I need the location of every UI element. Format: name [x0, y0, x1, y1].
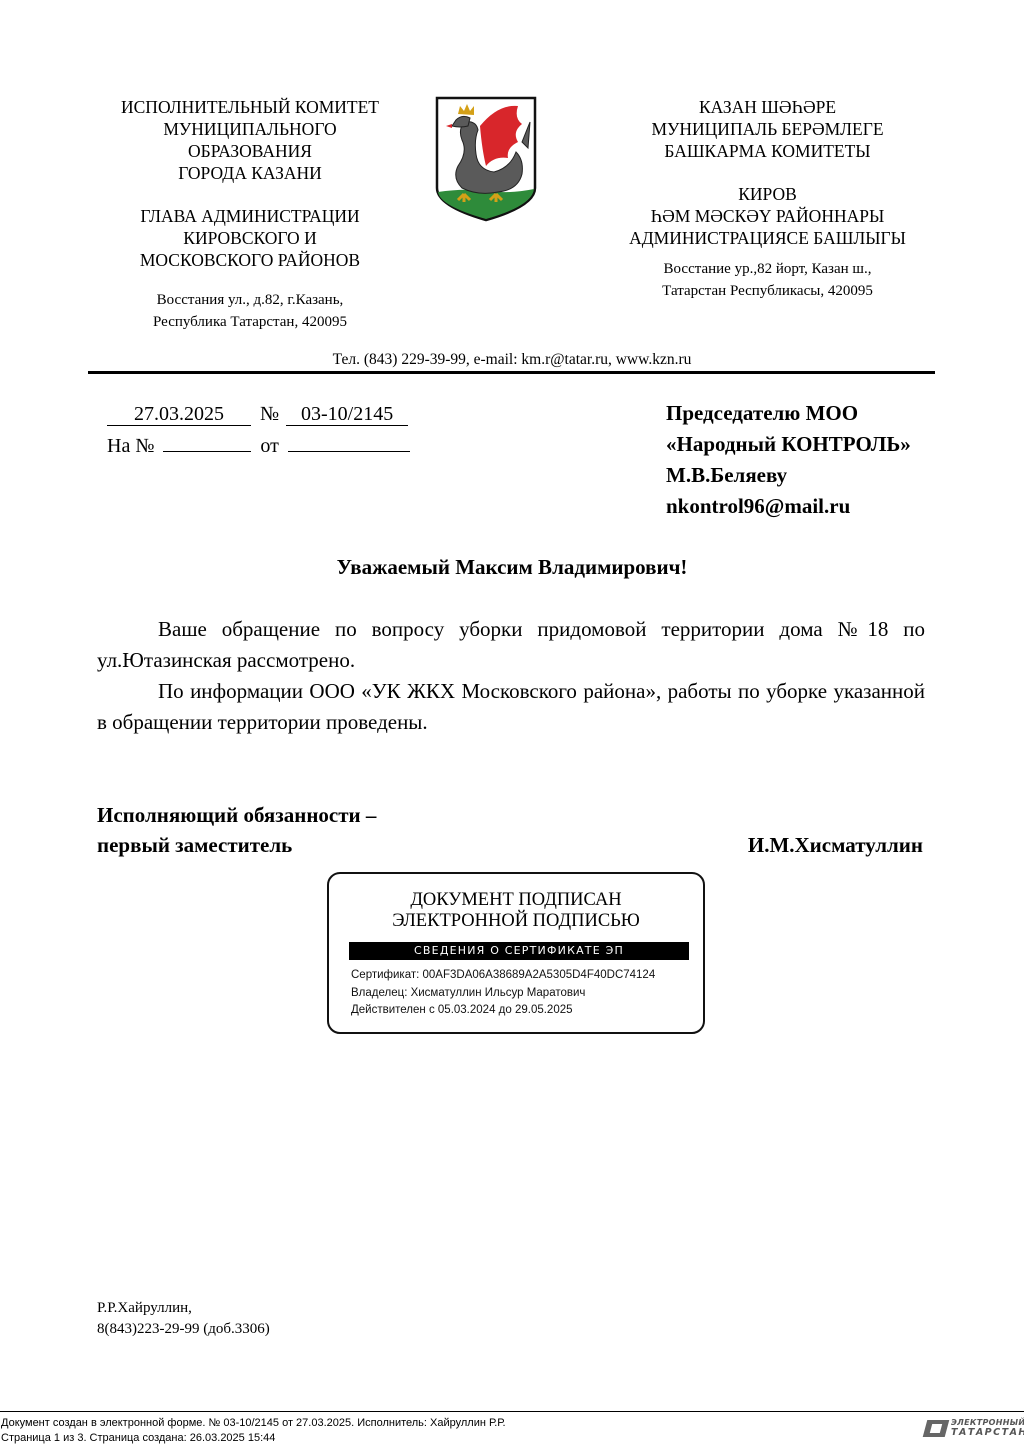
- title-line: ГЛАВА АДМИНИСТРАЦИИ: [90, 205, 410, 227]
- signatory-position: Исполняющий обязанности – первый замести…: [97, 800, 376, 860]
- addressee-line: Председателю МОО: [666, 398, 911, 429]
- signatory-name: И.М.Хисматуллин: [748, 830, 923, 860]
- position-line: первый заместитель: [97, 830, 376, 860]
- electronic-tatarstan-logo-icon: ЭЛЕКТРОННЫЙ ТАТАРСТАН: [925, 1418, 1017, 1440]
- body-paragraph: По информации ООО «УК ЖКХ Московского ра…: [97, 676, 925, 738]
- reply-label: На №: [107, 435, 154, 457]
- e-signature-stamp: ДОКУМЕНТ ПОДПИСАН ЭЛЕКТРОННОЙ ПОДПИСЬЮ С…: [327, 872, 705, 1034]
- certificate-owner: Владелец: Хисматуллин Ильсур Маратович: [351, 985, 655, 1003]
- org-line: ИСПОЛНИТЕЛЬНЫЙ КОМИТЕТ: [90, 96, 410, 118]
- stamp-title-line: ДОКУМЕНТ ПОДПИСАН: [329, 890, 703, 911]
- addressee-line: М.В.Беляеву: [666, 460, 911, 491]
- org-line: ГОРОДА КАЗАНИ: [90, 162, 410, 184]
- address-line: Восстание ур.,82 йорт, Казан ш.,: [605, 259, 930, 281]
- org-line: МУНИЦИПАЛЬНОГО: [90, 118, 410, 140]
- logo-line: ТАТАРСТАН: [951, 1428, 1024, 1438]
- reply-number-blank: [163, 451, 251, 452]
- body-paragraph: Ваше обращение по вопросу уборки придомо…: [97, 614, 925, 676]
- org-line: БАШКАРМА КОМИТЕТЫ: [605, 140, 930, 162]
- registration-number-block: 27.03.2025 № 03-10/2145 На № от: [107, 398, 410, 462]
- header-right-tatar: КАЗАН ШӘҺӘРЕ МУНИЦИПАЛЬ БЕРӘМЛЕГЕ БАШКАР…: [605, 96, 930, 302]
- registration-number: 03-10/2145: [286, 403, 408, 426]
- letter-body: Ваше обращение по вопросу уборки придомо…: [97, 614, 925, 738]
- executor-phone: 8(843)223-29-99 (доб.3306): [97, 1319, 270, 1340]
- executor-block: Р.Р.Хайруллин, 8(843)223-29-99 (доб.3306…: [97, 1298, 270, 1340]
- greeting: Уважаемый Максим Владимирович!: [0, 555, 1024, 580]
- addressee-email: nkontrol96@mail.ru: [666, 491, 911, 522]
- footer-doc-info: Документ создан в электронной форме. № 0…: [1, 1416, 506, 1431]
- title-line: МОСКОВСКОГО РАЙОНОВ: [90, 249, 410, 271]
- contact-line: Тел. (843) 229-39-99, e-mail: km.r@tatar…: [0, 351, 1024, 369]
- stamp-title-line: ЭЛЕКТРОННОЙ ПОДПИСЬЮ: [329, 911, 703, 932]
- address-ru: Восстания ул., д.82, г.Казань, Республик…: [90, 290, 410, 333]
- title-line: КИРОВ: [605, 183, 930, 205]
- footer-divider: [0, 1411, 1024, 1412]
- org-line: КАЗАН ШӘҺӘРЕ: [605, 96, 930, 118]
- address-line: Республика Татарстан, 420095: [90, 312, 410, 334]
- number-sign: №: [260, 403, 279, 425]
- position-line: Исполняющий обязанности –: [97, 800, 376, 830]
- addressee-block: Председателю МОО «Народный КОНТРОЛЬ» М.В…: [666, 398, 911, 522]
- certificate-details: Сертификат: 00AF3DA06A38689A2A5305D4F40D…: [351, 967, 655, 1020]
- from-label: от: [260, 435, 278, 457]
- footer-page-info: Страница 1 из 3. Страница создана: 26.03…: [1, 1431, 506, 1446]
- official-title-tt: КИРОВ ҺӘМ МӘСКӘҮ РАЙОННАРЫ АДМИНИСТРАЦИЯ…: [605, 183, 930, 249]
- title-line: АДМИНИСТРАЦИЯСЕ БАШЛЫГЫ: [605, 227, 930, 249]
- title-line: КИРОВСКОГО И: [90, 227, 410, 249]
- footer-info: Документ создан в электронной форме. № 0…: [1, 1416, 506, 1445]
- certificate-id: Сертификат: 00AF3DA06A38689A2A5305D4F40D…: [351, 967, 655, 985]
- header-divider: [88, 371, 935, 374]
- address-tt: Восстание ур.,82 йорт, Казан ш., Татарст…: [605, 259, 930, 302]
- stamp-title: ДОКУМЕНТ ПОДПИСАН ЭЛЕКТРОННОЙ ПОДПИСЬЮ: [329, 890, 703, 932]
- logo-text: ЭЛЕКТРОННЫЙ ТАТАРСТАН: [951, 1418, 1024, 1438]
- title-line: ҺӘМ МӘСКӘҮ РАЙОННАРЫ: [605, 205, 930, 227]
- certificate-info-bar: СВЕДЕНИЯ О СЕРТИФИКАТЕ ЭП: [349, 942, 689, 960]
- org-line: МУНИЦИПАЛЬ БЕРӘМЛЕГЕ: [605, 118, 930, 140]
- org-name-ru: ИСПОЛНИТЕЛЬНЫЙ КОМИТЕТ МУНИЦИПАЛЬНОГО ОБ…: [90, 96, 410, 184]
- certificate-validity: Действителен с 05.03.2024 до 29.05.2025: [351, 1002, 655, 1020]
- addressee-line: «Народный КОНТРОЛЬ»: [666, 429, 911, 460]
- from-date-blank: [288, 451, 410, 452]
- executor-name: Р.Р.Хайруллин,: [97, 1298, 270, 1319]
- header-left-russian: ИСПОЛНИТЕЛЬНЫЙ КОМИТЕТ МУНИЦИПАЛЬНОГО ОБ…: [90, 96, 410, 333]
- logo-mark-icon: [923, 1420, 950, 1437]
- address-line: Татарстан Республикасы, 420095: [605, 281, 930, 303]
- registration-date: 27.03.2025: [107, 403, 251, 426]
- org-name-tt: КАЗАН ШӘҺӘРЕ МУНИЦИПАЛЬ БЕРӘМЛЕГЕ БАШКАР…: [605, 96, 930, 162]
- kazan-coat-of-arms-icon: [434, 96, 538, 222]
- official-title-ru: ГЛАВА АДМИНИСТРАЦИИ КИРОВСКОГО И МОСКОВС…: [90, 205, 410, 271]
- org-line: ОБРАЗОВАНИЯ: [90, 140, 410, 162]
- address-line: Восстания ул., д.82, г.Казань,: [90, 290, 410, 312]
